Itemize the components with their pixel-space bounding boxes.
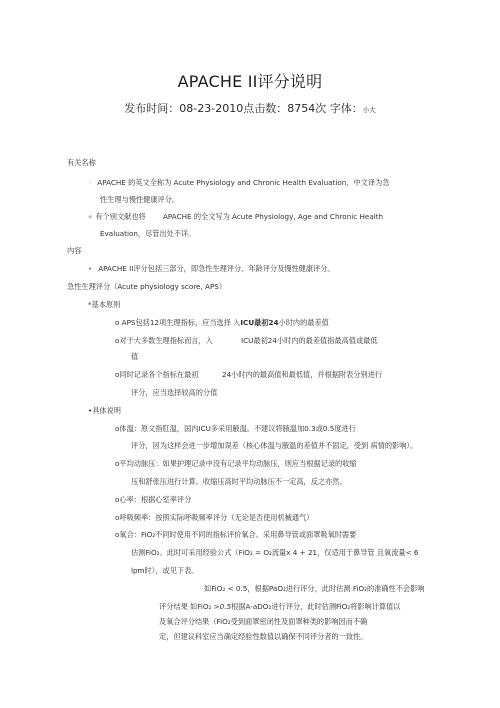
bullet-icon: « bbox=[88, 212, 92, 222]
list-item: •APACHE II评分包括三部分，即急性生理评分、年龄评分及慢性健康评分。 bbox=[88, 264, 335, 274]
principle-item-text: 24小时内的最高值和最低值，并根据附表分别进行 bbox=[222, 370, 382, 380]
fio2-high-rule: 评分结果 如FiO₂ >0.5根据A-aDO₂进行评分，此时估测FiO₂将影响计… bbox=[159, 602, 400, 612]
publish-date: 08-23-2010 bbox=[179, 102, 243, 115]
clicks-value: 8754次 bbox=[287, 102, 326, 115]
section-heading-content: 内容 bbox=[67, 246, 81, 256]
fio2-high-rule-continuation: 及氧合评分结果（FiO₂受到面罩密闭性及面罩种类的影响因而不确 bbox=[159, 617, 367, 627]
detail-item-respiratory-rate: o呼吸频率：按照实际呼吸频率评分（无论是否使用机械通气） bbox=[115, 513, 313, 523]
principle-item: o对于大多数生理指标而言，入 bbox=[115, 336, 213, 346]
bullet-icon: • bbox=[88, 264, 92, 274]
principle-item-continuation: 评分，应当选择较高的分值 bbox=[131, 388, 217, 398]
list-item-text: APACHE 的全文写为 Acute Physiology, Age and C… bbox=[163, 212, 383, 222]
section-heading-aps: 急性生理评分（Acute physiology score, APS） bbox=[67, 282, 226, 292]
detail-item-map: o平均动脉压：如果护理记录中没有记录平均动脉压，则应当根据记录的收缩 bbox=[115, 459, 357, 469]
page-title: APACHE II评分说明 bbox=[0, 69, 500, 92]
detail-item-continuation: lpm时），或见下表。 bbox=[131, 566, 198, 576]
principle-item-continuation: 值 bbox=[131, 352, 138, 362]
document-page: APACHE II评分说明 发布时间：08-23-2010点击数：8754次 字… bbox=[0, 0, 500, 708]
list-item: ·APACHE 的英文全称为 Acute Physiology and Chro… bbox=[89, 178, 389, 188]
detail-item-heart-rate: o心率：根据心室率评分 bbox=[115, 495, 191, 505]
principle-item: o同时记录各个指标在最初 bbox=[115, 370, 198, 380]
principle-item: o APS包括12项生理指标，应当选择 入ICU最初24小时内的最差值 bbox=[115, 318, 329, 328]
clicks-label: 点击数： bbox=[243, 102, 287, 115]
detail-item-continuation: 估测FiO₂。此时可采用经验公式（FiO₂ = O₂流量x 4 + 21，仅适用… bbox=[131, 548, 419, 558]
subheading-details: •具体说明 bbox=[88, 406, 121, 416]
detail-item-continuation: 评分，因为这样会进一步增加误差（核心体温与腋温的差值并不固定，受到 病情的影响）… bbox=[131, 441, 417, 451]
fio2-high-rule-continuation: 定，但建议科室应当确定经验性数值以确保不同评分者的一致性。 bbox=[159, 632, 367, 642]
list-item-continuation: Evaluation，尽管出处不详。 bbox=[100, 229, 195, 239]
detail-item-oxygenation: o氧合：FiO₂不同时使用不同的指标评价氧合。采用鼻导管或面罩吸氧时需要 bbox=[115, 530, 356, 540]
detail-item-temperature: o体温：原文指肛温，国内ICU多采用腋温。不建议将腋温加0.3或0.5度进行 bbox=[115, 424, 356, 434]
article-meta: 发布时间：08-23-2010点击数：8754次 字体：小大 bbox=[0, 100, 500, 116]
bullet-icon: · bbox=[89, 178, 91, 188]
list-item: «有个别文献也将 bbox=[88, 212, 146, 222]
detail-item-continuation: 压和舒张压进行计算。收缩压高时平均动脉压不一定高，反之亦然。 bbox=[131, 477, 347, 487]
font-size-toggle[interactable]: 小大 bbox=[363, 106, 376, 114]
font-label: 字体： bbox=[330, 102, 363, 115]
fio2-low-rule: 如FiO₂ < 0.5，根据PaO₂进行评分，此时估测 FiO₂的准确性不会影响 bbox=[204, 584, 425, 594]
subheading-basic-principles: *基本原则 bbox=[88, 300, 120, 310]
list-item-continuation: 性生理与慢性健康评分。 bbox=[100, 195, 179, 205]
publish-label: 发布时间： bbox=[124, 102, 179, 115]
section-heading-related-names: 有关名称 bbox=[67, 158, 96, 168]
principle-item-text: ICU最初24小时内的最差值指最高值或最低 bbox=[241, 336, 378, 346]
